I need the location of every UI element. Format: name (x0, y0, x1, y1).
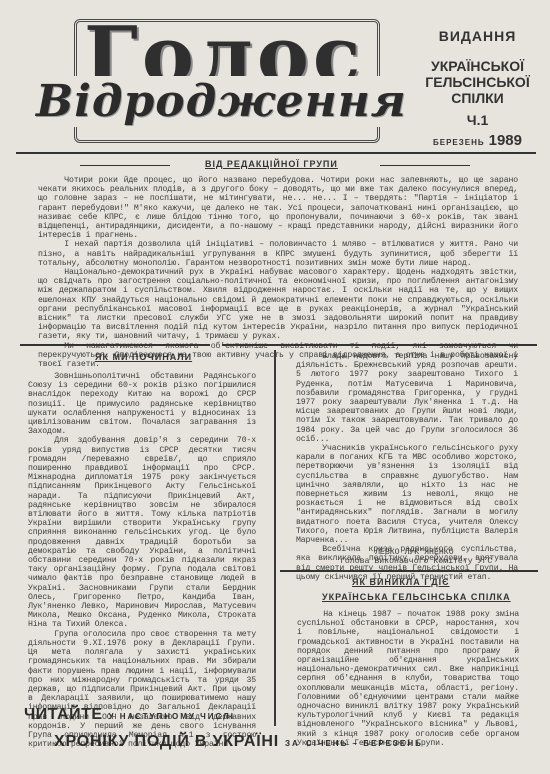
signature-title: голова Виконавчого Комітету УГС (340, 557, 492, 566)
issue-month: БЕРЕЗЕНЬ (433, 138, 485, 147)
editorial-paragraph: І нехай партія дозволила цій ініціативі … (38, 240, 518, 268)
period: СІЧЕНЬ – БЕРЕЗЕНЬ (306, 739, 423, 748)
signature-name: ЛЕВКО ЛУК'ЯНЕНКО (375, 548, 454, 557)
article-paragraph: Влада недовго терпіла нашу правозахисну … (296, 352, 518, 444)
editorial-rule-right (380, 165, 470, 166)
how-we-began-heading: ЯК МИ ПОЧИНАЛИ (95, 352, 192, 362)
article-paragraph: Для здобування довір'я з середини 70-х р… (28, 436, 256, 629)
footer-read-next: ЧИТАЙТЕУ НАСТУПНОМУ ЧИСЛІ (24, 706, 235, 724)
newspaper-page: Голос Відродження ВИДАННЯ УКРАЇНСЬКОЇ ГЕ… (0, 0, 550, 774)
article-paragraph: Група оголосила про своє створення та ме… (28, 630, 256, 750)
publisher-label: ВИДАННЯ (415, 28, 540, 44)
editorial-paragraph: Національно-демократичний рух в Україні … (38, 268, 518, 342)
section-rule-right (222, 344, 537, 346)
how-we-began-left-body: Зовнішньополітичні обставини Радянського… (28, 372, 256, 749)
issue-number: Ч.1 (415, 112, 540, 128)
article-paragraph: На кінець 1987 – початок 1988 року зміна… (297, 610, 519, 748)
chronicle-title: ХРОНІКУ ПОДІЙ В УКРАЇНІ (54, 733, 279, 750)
read-label: ЧИТАЙТЕ (24, 706, 103, 723)
column-divider (274, 350, 276, 726)
read-sub: У НАСТУПНОМУ ЧИСЛІ (109, 712, 235, 721)
masthead-title-line2: Відродження (32, 76, 411, 127)
publisher-name-1: УКРАЇНСЬКОЇ (415, 58, 540, 74)
editorial-body: Чотири роки йде процес, що його названо … (38, 176, 518, 369)
footer-chronicle: ХРОНІКУ ПОДІЙ В УКРАЇНІЗАСІЧЕНЬ – БЕРЕЗЕ… (54, 733, 423, 751)
how-arose-subheading: УКРАЇНСЬКА ГЕЛЬСІНСЬКА СПІЛКА (322, 592, 511, 602)
section-rule-arose (280, 570, 538, 572)
article-paragraph: Учасників українського гельсінського рух… (296, 444, 518, 545)
issue-date: БЕРЕЗЕНЬ1989 (415, 132, 540, 150)
how-arose-heading: ЯК ВИНИКЛА І ДІЄ (352, 577, 450, 587)
editorial-heading: ВІД РЕДАКЦІЙНОЇ ГРУПИ (205, 159, 338, 169)
masthead: Голос Відродження (14, 14, 414, 144)
editorial-rule-left (80, 165, 170, 166)
publisher-info: ВИДАННЯ УКРАЇНСЬКОЇ ГЕЛЬСІНСЬКОЇ СПІЛКИ … (415, 28, 540, 150)
how-arose-body: На кінець 1987 – початок 1988 року зміна… (297, 610, 519, 748)
article-paragraph: Зовнішньополітичні обставини Радянського… (28, 372, 256, 436)
section-rule-left (20, 344, 210, 346)
masthead-rule (16, 152, 536, 154)
editorial-paragraph: Чотири роки йде процес, що його названо … (38, 176, 518, 240)
publisher-name-2: ГЕЛЬСІНСЬКОЇ (415, 74, 540, 90)
period-prefix: ЗА (285, 739, 300, 748)
issue-year: 1989 (489, 132, 522, 149)
publisher-name-3: СПІЛКИ (415, 90, 540, 106)
